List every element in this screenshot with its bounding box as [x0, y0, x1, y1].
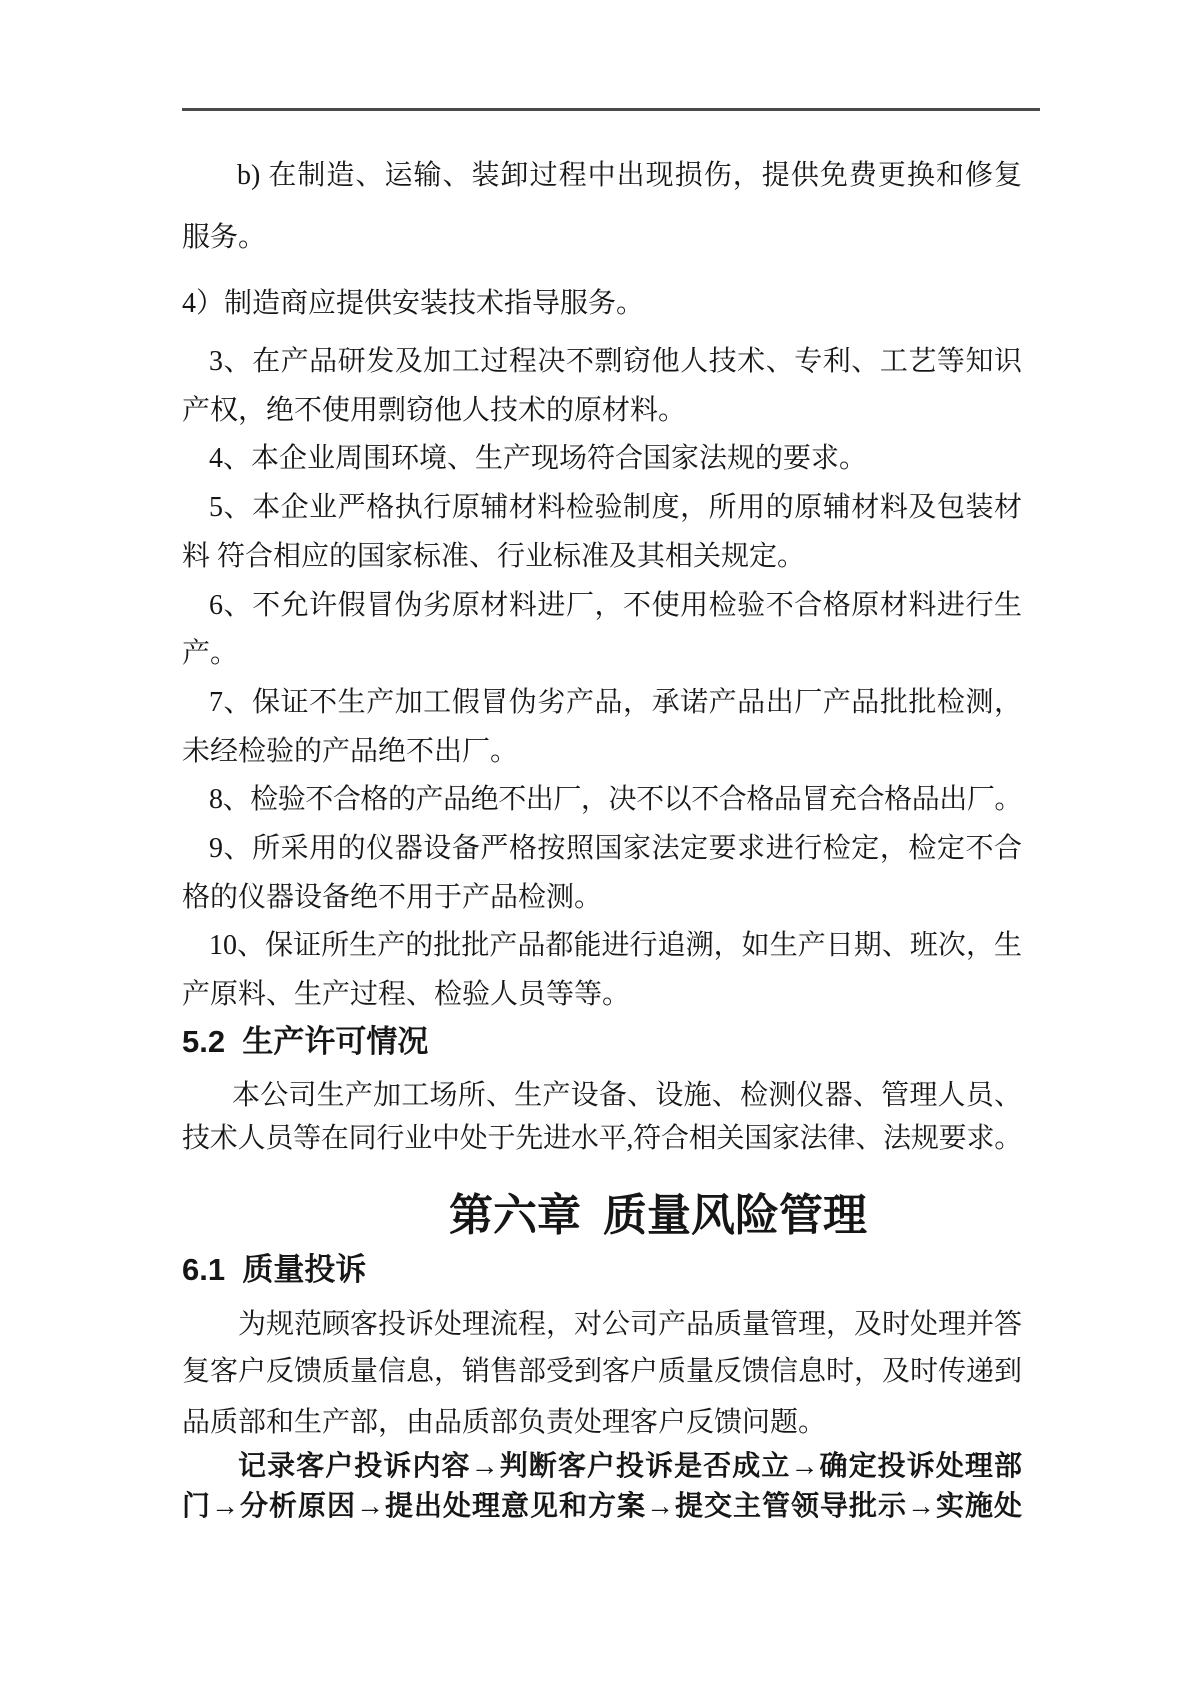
text-line: 6、不允许假冒伪劣原材料进厂，不使用检验不合格原材料进行生: [209, 586, 1022, 626]
section-heading: 6.1 质量投诉: [182, 1248, 1022, 1292]
text-line: 技术人员等在同行业中处于先进水平,符合相关国家法律、法规要求。: [182, 1119, 1022, 1159]
text-line: 产。: [182, 634, 1022, 674]
text-line: 未经检验的产品绝不出厂。: [182, 732, 1022, 772]
text-line: 本公司生产加工场所、生产设备、设施、检测仪器、管理人员、: [232, 1076, 1022, 1116]
chapter-heading: 第六章 质量风险管理: [294, 1186, 1022, 1246]
text-line: 8、检验不合格的产品绝不出厂，决不以不合格品冒充合格品出厂。: [209, 780, 1022, 820]
text-line: 复客户反馈质量信息，销售部受到客户质量反馈信息时，及时传递到: [182, 1352, 1022, 1392]
text-line: 7、保证不生产加工假冒伪劣产品，承诺产品出厂产品批批检测，: [209, 683, 1022, 723]
text-line: 格的仪器设备绝不用于产品检测。: [182, 878, 1022, 918]
header-rule: [182, 108, 1040, 111]
text-line: 10、保证所生产的批批产品都能进行追溯，如生产日期、班次，生: [209, 926, 1022, 966]
text-line: 料 符合相应的国家标准、行业标准及其相关规定。: [182, 537, 1022, 577]
text-line: 5、本企业严格执行原辅材料检验制度，所用的原辅材料及包装材: [209, 488, 1022, 528]
text-line: 产原料、生产过程、检验人员等等。: [182, 975, 1022, 1015]
text-line: 9、所采用的仪器设备严格按照国家法定要求进行检定，检定不合: [209, 829, 1022, 869]
text-line: 为规范顾客投诉处理流程，对公司产品质量管理，及时处理并答: [238, 1305, 1022, 1345]
text-line: 4、本企业周围环境、生产现场符合国家法规的要求。: [209, 439, 1022, 479]
text-line: 服务。: [182, 218, 1022, 258]
document-page: b) 在制造、运输、装卸过程中出现损伤，提供免费更换和修复服务。4）制造商应提供…: [0, 0, 1199, 1696]
process-flow-line: 记录客户投诉内容→判断客户投诉是否成立→确定投诉处理部: [238, 1446, 1022, 1486]
text-line: 3、在产品研发及加工过程决不剽窃他人技术、专利、工艺等知识: [209, 342, 1022, 382]
text-line: 产权，绝不使用剽窃他人技术的原材料。: [182, 391, 1022, 431]
process-flow-line: 门→分析原因→提出处理意见和方案→提交主管领导批示→实施处: [182, 1486, 1022, 1526]
text-line: b) 在制造、运输、装卸过程中出现损伤，提供免费更换和修复: [237, 156, 1022, 196]
text-line: 4）制造商应提供安装技术指导服务。: [182, 284, 1022, 324]
text-line: 品质部和生产部，由品质部负责处理客户反馈问题。: [182, 1403, 1022, 1443]
section-heading: 5.2 生产许可情况: [182, 1020, 1022, 1064]
